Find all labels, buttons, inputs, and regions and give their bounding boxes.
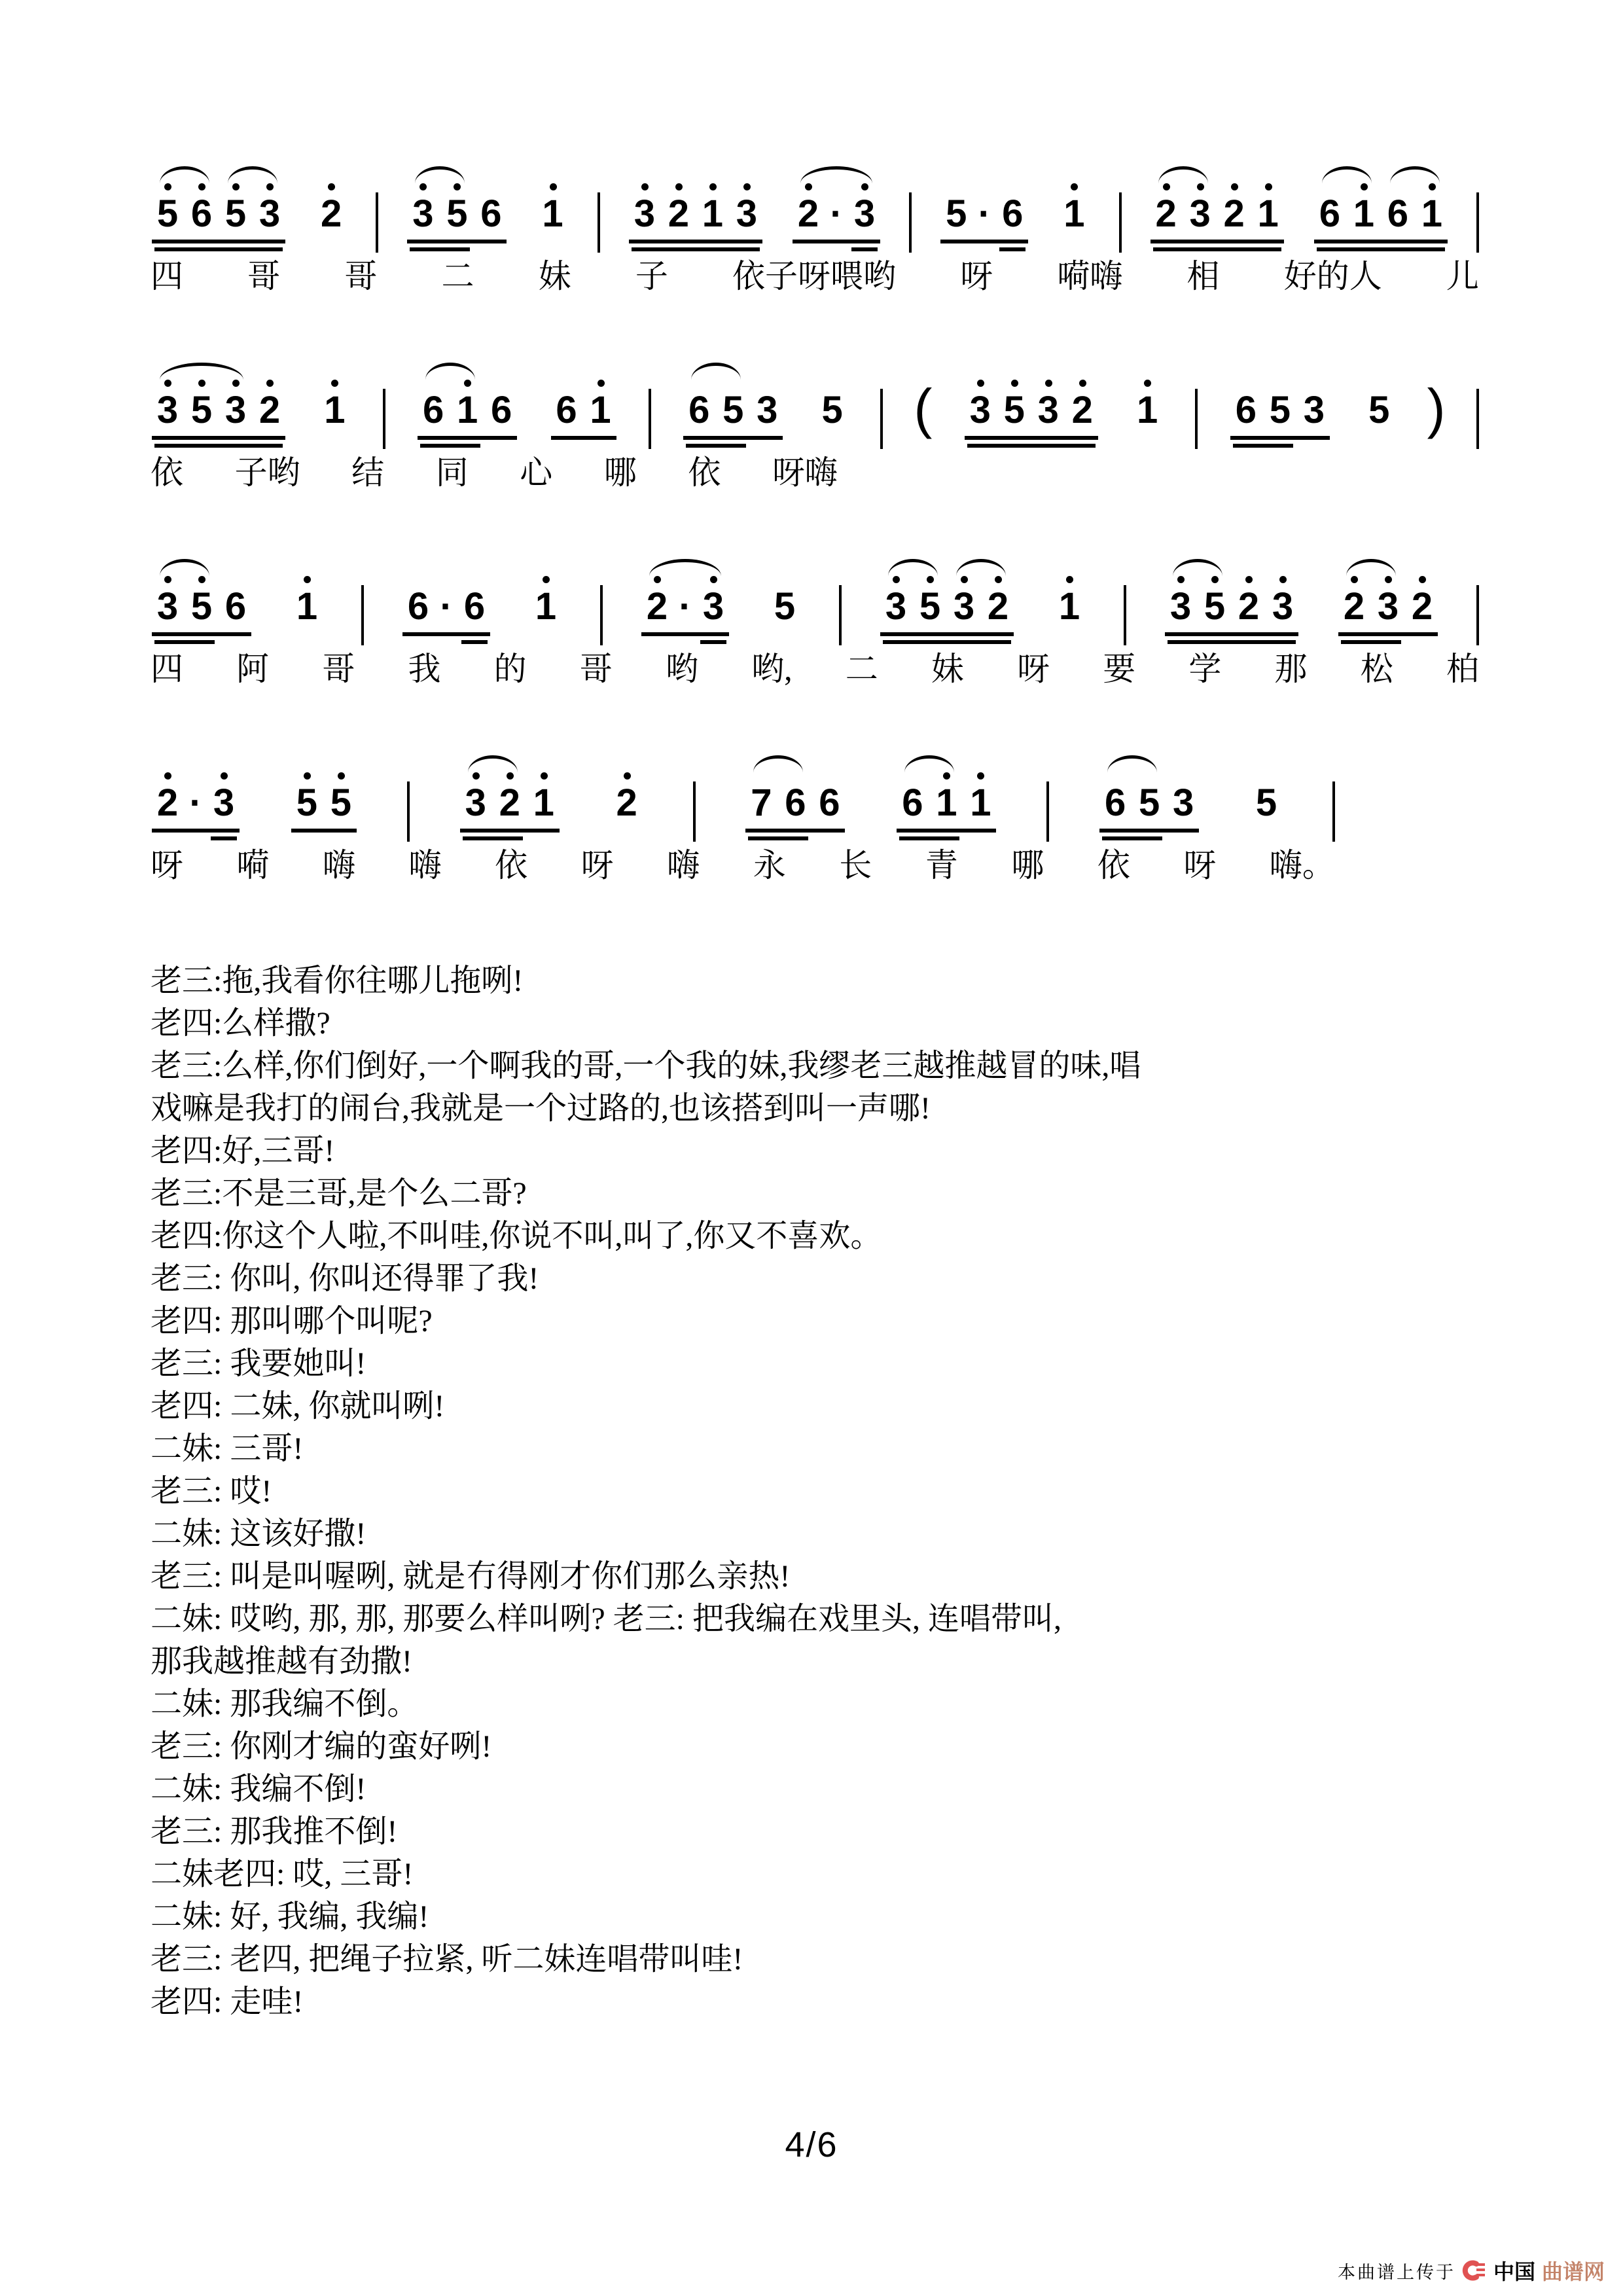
note: 3 bbox=[1297, 390, 1331, 431]
lyric-syllable: 青 bbox=[925, 846, 958, 885]
octave-dot bbox=[977, 380, 984, 387]
note: 6 bbox=[682, 390, 716, 431]
slur-arc bbox=[1158, 166, 1208, 185]
note: 1 bbox=[450, 390, 484, 431]
dialogue-line: 老四:你这个人啦,不叫哇,你说不叫,叫了,你又不喜欢。 bbox=[151, 1215, 1623, 1257]
beam-line bbox=[641, 632, 729, 636]
note: 3 bbox=[151, 586, 185, 627]
lyric-syllable: 呀 bbox=[581, 846, 614, 885]
jianpu-line: 35616·612·35353213523232 bbox=[151, 558, 1479, 647]
lyric-syllable: 依 bbox=[495, 846, 527, 885]
jianpu-line: 56532356132132·35·6123216161 bbox=[151, 165, 1479, 254]
lyric-syllable: 学 bbox=[1188, 649, 1221, 689]
note: 6 bbox=[778, 783, 812, 823]
note: 3 bbox=[459, 783, 493, 823]
beam-line bbox=[745, 829, 845, 833]
beam-line bbox=[1165, 632, 1298, 636]
lyric-syllable: 呀 bbox=[1017, 649, 1050, 689]
note-group: 766 bbox=[744, 754, 846, 843]
beam-line bbox=[1233, 444, 1293, 448]
note: 1 bbox=[584, 390, 618, 431]
beam-line bbox=[940, 240, 1028, 243]
note: 2 bbox=[610, 783, 644, 823]
note: 3 bbox=[1371, 586, 1405, 627]
lyric-syllable: 嗨 bbox=[323, 846, 355, 885]
lyric-syllable: 子 bbox=[635, 257, 668, 296]
note: 6 bbox=[1098, 783, 1132, 823]
note: 6 bbox=[484, 390, 518, 431]
note-group: 611 bbox=[895, 754, 997, 843]
lyric-syllable: 依子呀喂哟 bbox=[732, 257, 896, 296]
note: 2 bbox=[314, 194, 348, 234]
note: 2 bbox=[791, 194, 825, 234]
note: 6 bbox=[895, 783, 929, 823]
note-group: 3213 bbox=[628, 165, 764, 254]
slur-arc bbox=[160, 363, 243, 382]
beam-line bbox=[1338, 632, 1438, 636]
slur-arc bbox=[888, 559, 938, 578]
dialogue-line: 二妹: 哎哟, 那, 那, 那要么样叫咧? 老三: 把我编在戏里头, 连唱带叫, bbox=[151, 1598, 1623, 1640]
octave-dot bbox=[543, 576, 550, 583]
octave-dot bbox=[221, 772, 228, 780]
lyrics-line: 四阿哥我的哥哟哟,二妹呀要学那松柏 bbox=[151, 649, 1479, 689]
beam-line bbox=[420, 444, 480, 448]
note-group: 1 bbox=[1057, 165, 1091, 254]
note: 1 bbox=[929, 783, 963, 823]
lyric-syllable: 结 bbox=[351, 453, 384, 492]
dialogue-line: 二妹: 那我编不倒。 bbox=[151, 1683, 1623, 1725]
octave-dot bbox=[304, 772, 311, 780]
beam-line bbox=[463, 836, 523, 840]
bar-line bbox=[693, 781, 696, 842]
note: 5 bbox=[151, 194, 185, 234]
dialogue-section: 老三:拖,我看你往哪儿拖咧!老四:么样撒?老三:么样,你们倒好,一个啊我的哥,一… bbox=[0, 950, 1623, 2023]
beam-line bbox=[1341, 640, 1401, 644]
bar-line bbox=[597, 192, 600, 253]
octave-dot bbox=[338, 772, 345, 780]
lyric-syllable: 呀 bbox=[1183, 846, 1216, 885]
note: 3 bbox=[963, 390, 997, 431]
octave-dot bbox=[304, 576, 311, 583]
augmentation-dot: · bbox=[185, 783, 207, 823]
note: 6 bbox=[995, 194, 1029, 234]
lyric-syllable: 依 bbox=[688, 453, 721, 492]
augmentation-dot: · bbox=[825, 194, 847, 234]
bar-line bbox=[839, 585, 842, 645]
beam-line bbox=[410, 247, 470, 251]
augmentation-dot: · bbox=[973, 194, 995, 234]
octave-dot bbox=[541, 772, 548, 780]
note-group: 5 bbox=[1362, 361, 1396, 450]
slur-arc bbox=[415, 166, 465, 185]
dialogue-line: 老三:拖,我看你往哪儿拖咧! bbox=[151, 960, 1623, 1002]
beam-line bbox=[152, 436, 285, 440]
watermark-text: 本曲谱上传于 bbox=[1338, 2258, 1455, 2284]
note-group: 653 bbox=[682, 361, 784, 450]
note: 1 bbox=[527, 783, 561, 823]
dialogue-line: 老三:么样,你们倒好,一个啊我的哥,一个我的妹,我缪老三越推越冒的味,唱 bbox=[151, 1045, 1623, 1087]
octave-dot bbox=[1279, 576, 1287, 583]
note: 1 bbox=[290, 586, 324, 627]
octave-dot bbox=[624, 772, 631, 780]
note-group: 6·6 bbox=[401, 558, 491, 647]
lyric-syllable: 的 bbox=[494, 649, 527, 689]
octave-dot bbox=[164, 772, 171, 780]
lyric-syllable: 嗨。 bbox=[1270, 846, 1335, 885]
note: 6 bbox=[401, 586, 435, 627]
beam-line bbox=[883, 640, 1011, 644]
note: 1 bbox=[1415, 194, 1449, 234]
dialogue-line: 二妹: 我编不倒! bbox=[151, 1768, 1623, 1810]
dialogue-line: 戏嘛是我打的闹台,我就是一个过路的,也该搭到叫一声哪! bbox=[151, 1087, 1623, 1130]
slur-arc bbox=[1107, 755, 1157, 774]
dialogue-line: 老三: 我要她叫! bbox=[151, 1342, 1623, 1385]
note: 5 bbox=[290, 783, 324, 823]
lyric-syllable: 我 bbox=[408, 649, 440, 689]
note-group: 2·3 bbox=[791, 165, 882, 254]
note: 3 bbox=[1266, 586, 1300, 627]
note: 1 bbox=[1052, 586, 1086, 627]
bar-line bbox=[361, 585, 364, 645]
lyric-syllable: 依 bbox=[151, 453, 183, 492]
brand-name-black: 中国 bbox=[1493, 2255, 1535, 2286]
note-group: 232 bbox=[1337, 558, 1439, 647]
note-group: 1 bbox=[290, 558, 324, 647]
beam-line bbox=[152, 632, 251, 636]
dialogue-line: 二妹: 这该好撒! bbox=[151, 1513, 1623, 1555]
note: 5 bbox=[815, 390, 849, 431]
bar-line bbox=[1332, 781, 1335, 842]
jianpu-line: 35321616616535(353216535) bbox=[151, 361, 1479, 450]
lyric-syllable: 哪 bbox=[604, 453, 637, 492]
note: 6 bbox=[550, 390, 584, 431]
lyric-syllable: 哟, bbox=[751, 649, 793, 689]
slur-arc bbox=[956, 559, 1006, 578]
beam-line bbox=[880, 632, 1014, 636]
note: 3 bbox=[406, 194, 440, 234]
note-group: 653 bbox=[1098, 754, 1200, 843]
lyrics-line: 四哥哥二妹子依子呀喂哟呀嗬嗨相好的人儿 bbox=[151, 257, 1479, 296]
note: 2 bbox=[1232, 586, 1266, 627]
dialogue-line: 老三: 老四, 把绳子拉紧, 听二妹连唱带叫哇! bbox=[151, 1938, 1623, 1981]
note-group: 1 bbox=[529, 558, 563, 647]
dialogue-line: 老四: 二妹, 你就叫咧! bbox=[151, 1385, 1623, 1427]
beam-line bbox=[793, 240, 880, 243]
lyric-syllable: 妹 bbox=[539, 257, 571, 296]
lyric-syllable: 四 bbox=[151, 257, 183, 296]
lyric-syllable: 子哟 bbox=[235, 453, 300, 492]
note: 6 bbox=[1313, 194, 1347, 234]
note: 3 bbox=[628, 194, 662, 234]
note-group: 616 bbox=[416, 361, 518, 450]
note: 5 bbox=[1249, 783, 1283, 823]
lyric-syllable: 永 bbox=[753, 846, 786, 885]
note: 3 bbox=[730, 194, 764, 234]
beam-line bbox=[967, 444, 1096, 448]
octave-dot bbox=[1245, 576, 1253, 583]
note: 2 bbox=[981, 586, 1015, 627]
slur-arc bbox=[753, 755, 803, 774]
bar-line bbox=[1195, 389, 1198, 449]
lyric-syllable: 呀嗨 bbox=[772, 453, 838, 492]
note-group: 1 bbox=[1052, 558, 1086, 647]
slur-arc bbox=[160, 559, 209, 578]
note-group: 653 bbox=[1229, 361, 1331, 450]
note: 2 bbox=[1217, 194, 1251, 234]
beam-line bbox=[1230, 436, 1330, 440]
augmentation-dot: · bbox=[674, 586, 696, 627]
note: 3 bbox=[219, 390, 253, 431]
note: 1 bbox=[536, 194, 570, 234]
lyric-syllable: 哥 bbox=[344, 257, 377, 296]
beam-line bbox=[1168, 640, 1296, 644]
bar-line bbox=[909, 192, 912, 253]
note: 3 bbox=[1166, 783, 1200, 823]
lyric-syllable: 长 bbox=[839, 846, 872, 885]
brand-name-red: 曲谱网 bbox=[1542, 2255, 1605, 2286]
lyric-syllable: 妹 bbox=[931, 649, 964, 689]
quziwang-logo-icon bbox=[1462, 2259, 1487, 2282]
lyric-syllable: 哥 bbox=[322, 649, 355, 689]
octave-dot bbox=[675, 183, 683, 190]
bar-line bbox=[880, 389, 883, 449]
note-group: 2·3 bbox=[151, 754, 241, 843]
dialogue-line: 老三: 哎! bbox=[151, 1470, 1623, 1513]
octave-dot bbox=[1231, 183, 1238, 190]
dialogue-line: 二妹老四: 哎, 三哥! bbox=[151, 1853, 1623, 1895]
note-group: 2 bbox=[610, 754, 644, 843]
dialogue-line: 老四:好,三哥! bbox=[151, 1130, 1623, 1172]
note-group: 2·3 bbox=[640, 558, 730, 647]
dialogue-line: 老三: 你刚才编的蛮好咧! bbox=[151, 1725, 1623, 1768]
note: 6 bbox=[185, 194, 219, 234]
octave-dot bbox=[709, 183, 717, 190]
slur-arc bbox=[1346, 559, 1396, 578]
note: 5 bbox=[997, 390, 1031, 431]
octave-dot bbox=[1011, 380, 1018, 387]
lyric-syllable: 呀 bbox=[151, 846, 183, 885]
note-group: 1 bbox=[1130, 361, 1164, 450]
octave-dot bbox=[1066, 576, 1073, 583]
note: 3 bbox=[1164, 586, 1198, 627]
lyric-syllable: 哪 bbox=[1011, 846, 1044, 885]
lyric-syllable: 阿 bbox=[236, 649, 269, 689]
dialogue-line: 老三: 那我推不倒! bbox=[151, 1810, 1623, 1853]
note: 3 bbox=[1183, 194, 1217, 234]
beam-line bbox=[999, 247, 1026, 251]
note: 6 bbox=[457, 586, 491, 627]
bar-line bbox=[1476, 192, 1479, 253]
lyric-syllable: 儿 bbox=[1446, 257, 1479, 296]
beam-line bbox=[965, 436, 1098, 440]
note: 6 bbox=[219, 586, 253, 627]
octave-dot bbox=[266, 380, 274, 387]
octave-dot bbox=[1265, 183, 1272, 190]
lyric-syllable: 二 bbox=[442, 257, 474, 296]
slur-arc bbox=[425, 363, 475, 382]
bar-line bbox=[376, 192, 378, 253]
beam-line bbox=[152, 829, 240, 833]
dialogue-line: 老四:么样撒? bbox=[151, 1002, 1623, 1045]
note: 5 bbox=[440, 194, 474, 234]
bar-line bbox=[407, 781, 410, 842]
beam-line bbox=[1317, 247, 1445, 251]
octave-dot bbox=[1079, 380, 1086, 387]
beam-line bbox=[851, 247, 878, 251]
octave-dot bbox=[641, 183, 649, 190]
note: 2 bbox=[493, 783, 527, 823]
note: 1 bbox=[529, 586, 563, 627]
octave-dot bbox=[743, 183, 751, 190]
octave-dot bbox=[331, 380, 338, 387]
note-group: 5·6 bbox=[939, 165, 1029, 254]
note: 5 bbox=[913, 586, 947, 627]
note: 2 bbox=[1337, 586, 1371, 627]
beam-line bbox=[154, 640, 215, 644]
slur-arc bbox=[691, 363, 741, 382]
lyric-syllable: 要 bbox=[1103, 649, 1135, 689]
note-group: 356 bbox=[151, 558, 253, 647]
note: 5 bbox=[768, 586, 802, 627]
slur-arc bbox=[800, 166, 872, 185]
slur-arc bbox=[228, 166, 277, 185]
note-group: 3532 bbox=[151, 361, 287, 450]
bar-line bbox=[649, 389, 651, 449]
note: 5 bbox=[716, 390, 750, 431]
note-group: 2321 bbox=[1149, 165, 1285, 254]
note: 1 bbox=[1057, 194, 1091, 234]
octave-dot bbox=[597, 380, 605, 387]
dialogue-line: 老三: 叫是叫喔咧, 就是冇得刚才你们那么亲热! bbox=[151, 1555, 1623, 1598]
lyric-syllable: 四 bbox=[151, 649, 183, 689]
note: 3 bbox=[847, 194, 882, 234]
note: 5 bbox=[1362, 390, 1396, 431]
dialogue-line: 老四: 那叫哪个叫呢? bbox=[151, 1300, 1623, 1342]
note: 2 bbox=[253, 390, 287, 431]
slur-arc bbox=[160, 166, 209, 185]
beam-line bbox=[460, 829, 560, 833]
dialogue-line: 老三:不是三哥,是个么二哥? bbox=[151, 1172, 1623, 1215]
note: 2 bbox=[1405, 586, 1439, 627]
note-group: 5 bbox=[768, 558, 802, 647]
beam-line bbox=[683, 436, 783, 440]
parenthesis: ) bbox=[1427, 380, 1446, 437]
bar-line bbox=[1119, 192, 1122, 253]
note-group: 55 bbox=[290, 754, 358, 843]
note-group: 1 bbox=[536, 165, 570, 254]
lyrics-line: 依子哟结同心哪依呀嗨 bbox=[151, 453, 838, 492]
beam-line bbox=[1099, 829, 1199, 833]
note: 5 bbox=[1198, 586, 1232, 627]
dialogue-line: 老三: 你叫, 你叫还得罪了我! bbox=[151, 1257, 1623, 1300]
slur-arc bbox=[1322, 166, 1372, 185]
octave-dot bbox=[1144, 380, 1151, 387]
beam-line bbox=[1153, 247, 1281, 251]
note: 7 bbox=[744, 783, 778, 823]
lyric-syllable: 嗬 bbox=[237, 846, 270, 885]
lyric-syllable: 心 bbox=[520, 453, 552, 492]
note: 3 bbox=[947, 586, 981, 627]
sheet-music-page: 56532356132132·35·6123216161四哥哥二妹子依子呀喂哟呀… bbox=[0, 0, 1623, 2023]
beam-line bbox=[211, 836, 237, 840]
note: 3 bbox=[879, 586, 913, 627]
bar-line bbox=[1476, 389, 1479, 449]
octave-dot bbox=[1071, 183, 1078, 190]
slur-arc bbox=[904, 755, 954, 774]
beam-line bbox=[291, 829, 357, 833]
lyric-syllable: 二 bbox=[846, 649, 878, 689]
beam-line bbox=[152, 240, 285, 243]
augmentation-dot: · bbox=[435, 586, 457, 627]
note: 6 bbox=[812, 783, 846, 823]
octave-dot bbox=[1045, 380, 1052, 387]
beam-line bbox=[551, 436, 616, 440]
octave-dot bbox=[328, 183, 335, 190]
lyric-syllable: 依 bbox=[1097, 846, 1130, 885]
note: 5 bbox=[1132, 783, 1166, 823]
note: 2 bbox=[151, 783, 185, 823]
jianpu-notation-section: 56532356132132·35·6123216161四哥哥二妹子依子呀喂哟呀… bbox=[0, 0, 1623, 885]
beam-line bbox=[154, 247, 283, 251]
note: 3 bbox=[1031, 390, 1065, 431]
note-group: 356 bbox=[406, 165, 508, 254]
note-group: 5 bbox=[815, 361, 849, 450]
bar-line bbox=[1046, 781, 1049, 842]
lyric-syllable: 哥 bbox=[580, 649, 613, 689]
note: 5 bbox=[939, 194, 973, 234]
beam-line bbox=[748, 836, 808, 840]
note-group: 5653 bbox=[151, 165, 287, 254]
note-group: 2 bbox=[314, 165, 348, 254]
beam-line bbox=[402, 632, 490, 636]
note-group: 3523 bbox=[1164, 558, 1300, 647]
beam-line bbox=[407, 240, 507, 243]
note: 6 bbox=[1381, 194, 1415, 234]
lyric-syllable: 嗨 bbox=[667, 846, 700, 885]
note: 1 bbox=[317, 390, 351, 431]
slur-arc bbox=[468, 755, 518, 774]
lyric-syllable: 松 bbox=[1361, 649, 1393, 689]
note-group: 6161 bbox=[1313, 165, 1449, 254]
note: 2 bbox=[640, 586, 674, 627]
beam-line bbox=[632, 247, 760, 251]
bar-line bbox=[1124, 585, 1126, 645]
beam-line bbox=[899, 836, 959, 840]
octave-dot bbox=[1419, 576, 1426, 583]
lyric-syllable: 好的人 bbox=[1284, 257, 1382, 296]
note-group: 3532 bbox=[963, 361, 1099, 450]
note: 6 bbox=[416, 390, 450, 431]
note: 6 bbox=[474, 194, 508, 234]
note: 3 bbox=[253, 194, 287, 234]
note: 1 bbox=[1251, 194, 1285, 234]
note: 2 bbox=[1149, 194, 1183, 234]
lyric-syllable: 哟 bbox=[666, 649, 698, 689]
bar-line bbox=[1476, 585, 1479, 645]
note: 3 bbox=[151, 390, 185, 431]
octave-dot bbox=[550, 183, 557, 190]
lyric-syllable: 嗨 bbox=[409, 846, 442, 885]
beam-line bbox=[154, 444, 283, 448]
beam-line bbox=[700, 640, 726, 644]
note: 5 bbox=[324, 783, 358, 823]
lyric-syllable: 那 bbox=[1275, 649, 1308, 689]
beam-line bbox=[1102, 836, 1162, 840]
note-group: 321 bbox=[459, 754, 561, 843]
octave-dot bbox=[977, 772, 984, 780]
slur-arc bbox=[1390, 166, 1440, 185]
beam-line bbox=[1314, 240, 1448, 243]
